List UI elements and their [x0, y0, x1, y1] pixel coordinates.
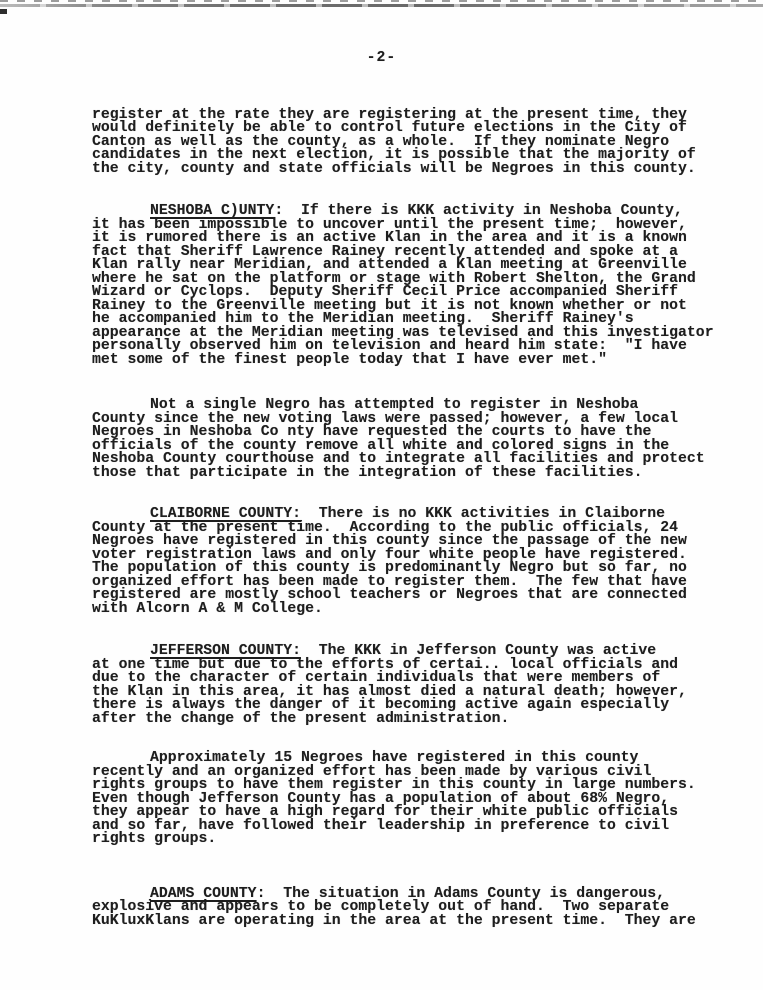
paragraph-jefferson-registration: Approximately 15 Negroes have registered…	[92, 752, 752, 847]
paragraph-neshoba-registration: Not a single Negro has attempted to regi…	[92, 399, 752, 480]
paragraph-text: : If there is KKK activity in Neshoba Co…	[92, 203, 714, 368]
paragraph-text: Approximately 15 Negroes have registered…	[92, 750, 696, 847]
scanned-document-page: -2- register at the rate they are regist…	[0, 0, 763, 990]
section-jefferson-county: JEFFERSON COUNTY: The KKK in Jefferson C…	[92, 645, 752, 726]
scan-edge-corner-mark	[0, 9, 7, 14]
section-neshoba-county: NESHOBA C)UNTY: If there is KKK activity…	[92, 205, 752, 367]
scan-edge-solid-line	[0, 4, 763, 7]
paragraph-intro-continuation: register at the rate they are registerin…	[92, 109, 752, 177]
paragraph-text: Not a single Negro has attempted to regi…	[92, 397, 705, 481]
scan-edge-artifact	[0, 0, 763, 16]
section-adams-county: ADAMS COUNTY: The situation in Adams Cou…	[92, 888, 752, 929]
scan-edge-dotted-line	[0, 0, 763, 2]
paragraph-text: There is no KKK activities in Claiborne …	[92, 506, 687, 617]
paragraph-text: register at the rate they are registerin…	[92, 107, 696, 177]
paragraph-text: The KKK in Jefferson County was active a…	[92, 643, 687, 727]
section-claiborne-county: CLAIBORNE COUNTY: There is no KKK activi…	[92, 508, 752, 616]
